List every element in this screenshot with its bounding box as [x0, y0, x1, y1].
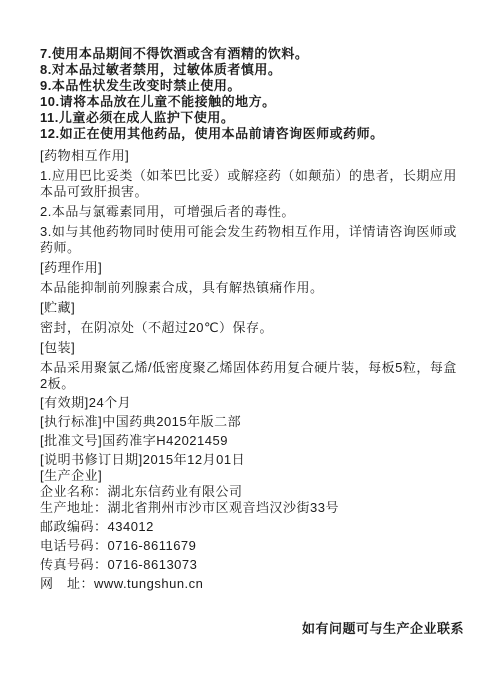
validity-line: [有效期]24个月	[40, 395, 464, 411]
revision-date-line: [说明书修订日期]2015年12月01日	[40, 452, 464, 468]
drug-interaction-item-2: 2.本品与氯霉素同用，可增强后者的毒性。	[40, 204, 464, 220]
package-insert-page: 7.使用本品期间不得饮酒或含有酒精的饮料。 8.对本品过敏者禁用，过敏体质者慎用…	[0, 0, 498, 679]
precaution-item-12: 12.如正在使用其他药品，使用本品前请咨询医师或药师。	[40, 126, 464, 142]
section-header-packaging: [包装]	[40, 340, 464, 356]
manufacturer-website: 网 址：www.tungshun.cn	[40, 576, 464, 592]
insert-body-text: 7.使用本品期间不得饮酒或含有酒精的饮料。 8.对本品过敏者禁用，过敏体质者慎用…	[0, 0, 498, 637]
pharmacology-text: 本品能抑制前列腺素合成，具有解热镇痛作用。	[40, 280, 464, 296]
manufacturer-address: 生产地址：湖北省荆州市沙市区观音垱汉沙街33号	[40, 500, 464, 516]
precaution-item-9: 9.本品性状发生改变时禁止使用。	[40, 78, 464, 94]
precaution-item-7: 7.使用本品期间不得饮酒或含有酒精的饮料。	[40, 46, 464, 62]
packaging-text: 本品采用聚氯乙烯/低密度聚乙烯固体药用复合硬片装，每板5粒，每盒2板。	[40, 360, 464, 392]
precaution-item-8: 8.对本品过敏者禁用，过敏体质者慎用。	[40, 62, 464, 78]
section-header-storage: [贮藏]	[40, 300, 464, 316]
drug-interaction-item-3: 3.如与其他药物同时使用可能会发生药物相互作用，详情请咨询医师或药师。	[40, 224, 464, 256]
precaution-item-11: 11.儿童必须在成人监护下使用。	[40, 110, 464, 126]
manufacturer-postcode: 邮政编码：434012	[40, 519, 464, 535]
precaution-item-10: 10.请将本品放在儿童不能接触的地方。	[40, 94, 464, 110]
storage-text: 密封，在阴凉处（不超过20℃）保存。	[40, 320, 464, 336]
manufacturer-phone: 电话号码：0716-8611679	[40, 538, 464, 554]
section-header-pharmacology: [药理作用]	[40, 260, 464, 276]
contact-manufacturer-note: 如有问题可与生产企业联系	[40, 621, 464, 637]
manufacturer-fax: 传真号码：0716-8613073	[40, 557, 464, 573]
section-header-manufacturer: [生产企业]	[40, 468, 464, 484]
standard-line: [执行标准]中国药典2015年版二部	[40, 414, 464, 430]
section-header-drug-interactions: [药物相互作用]	[40, 148, 464, 164]
manufacturer-company-name: 企业名称：湖北东信药业有限公司	[40, 484, 464, 500]
approval-number-line: [批准文号]国药准字H42021459	[40, 433, 464, 449]
drug-interaction-item-1: 1.应用巴比妥类（如苯巴比妥）或解痉药（如颠茄）的患者，长期应用本品可致肝损害。	[40, 168, 464, 200]
